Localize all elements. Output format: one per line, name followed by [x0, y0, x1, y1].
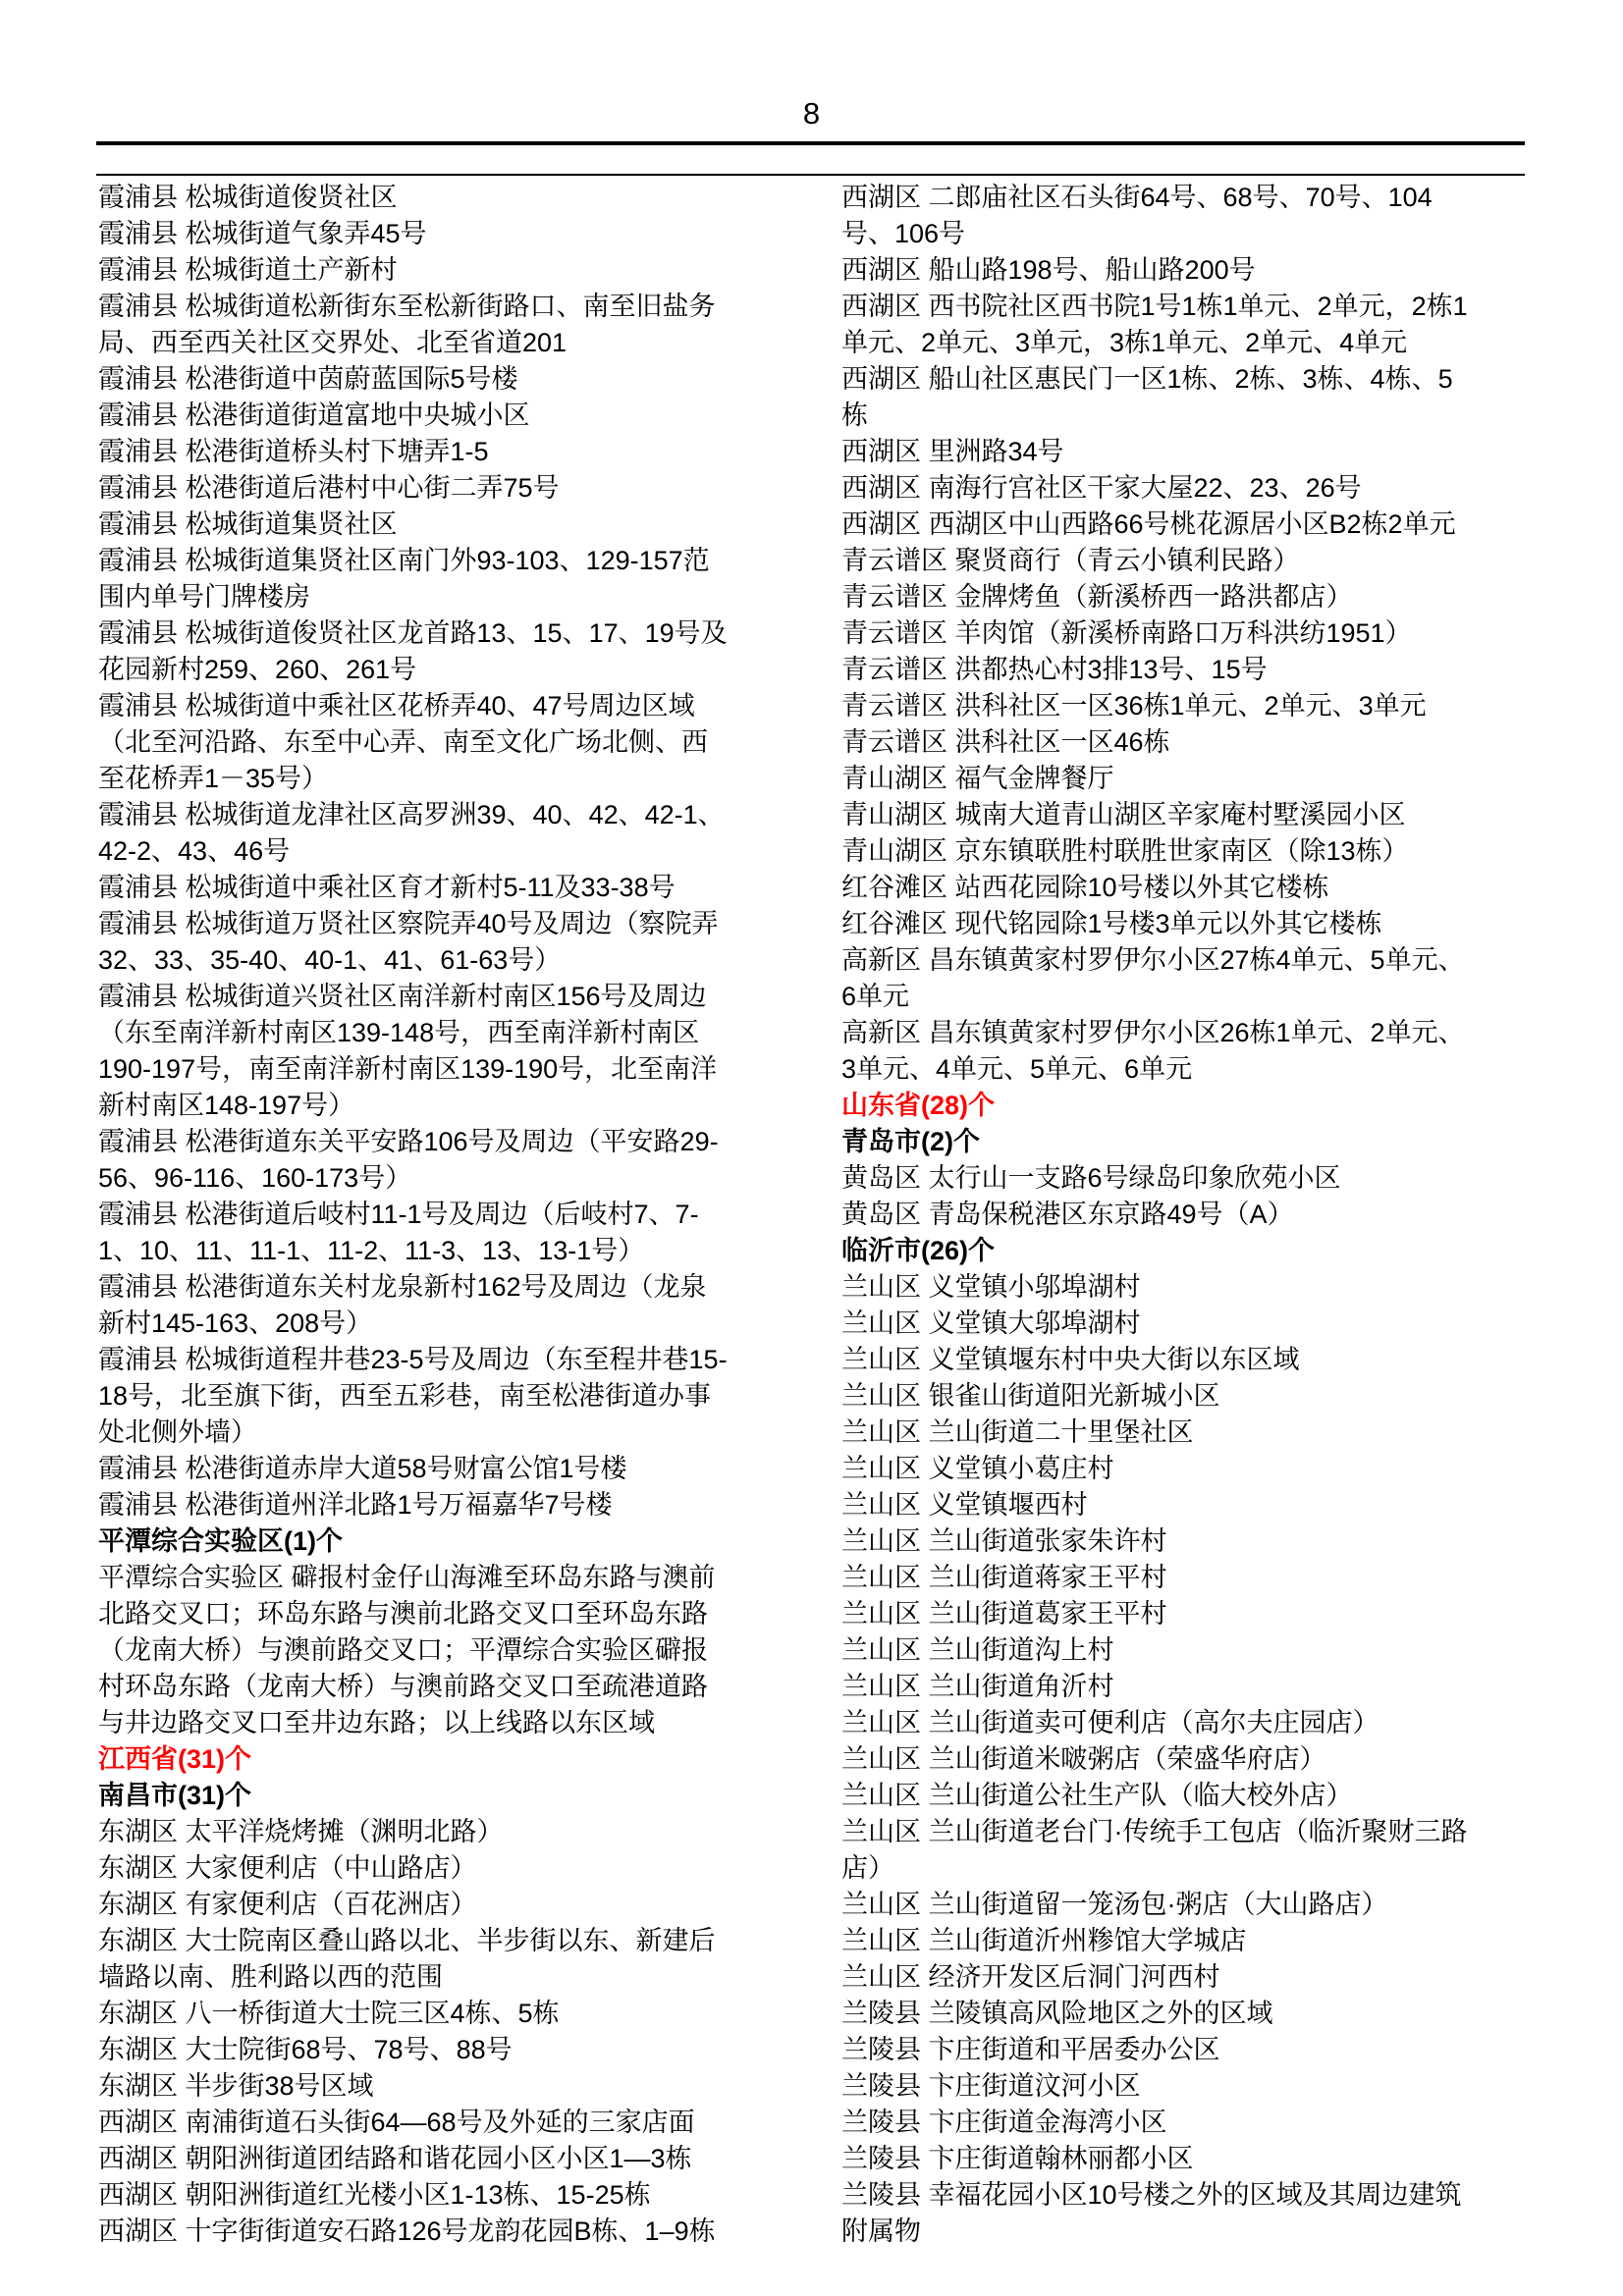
entry-line: 东湖区 大士院南区叠山路以北、半步街以东、新建后	[98, 1923, 835, 1959]
city-header: 南昌市(31)个	[98, 1778, 835, 1814]
entry-line: 兰山区 义堂镇堰东村中央大街以东区域	[841, 1342, 1543, 1378]
entry-line: 东湖区 太平洋烧烤摊（渊明北路）	[98, 1814, 835, 1850]
entry-line: 兰山区 兰山街道沂州糁馆大学城店	[841, 1923, 1543, 1959]
entry-line: 至花桥弄1－35号）	[98, 761, 835, 797]
city-header: 青岛市(2)个	[841, 1124, 1543, 1160]
entry-line: 东湖区 大家便利店（中山路店）	[98, 1850, 835, 1887]
entry-line: 红谷滩区 站西花园除10号楼以外其它楼栋	[841, 870, 1543, 906]
entry-line: 青山湖区 福气金牌餐厅	[841, 761, 1543, 797]
entry-line: 青云谱区 羊肉馆（新溪桥南路口万科洪纺1951）	[841, 615, 1543, 652]
entry-line: 霞浦县 松港街道后港村中心街二弄75号	[98, 470, 835, 507]
entry-line: 西湖区 十字街街道安石路126号龙韵花园B栋、1–9栋	[98, 2214, 835, 2250]
entry-line: 霞浦县 松城街道集贤社区	[98, 507, 835, 543]
entry-line: 霞浦县 松港街道街道富地中央城小区	[98, 398, 835, 434]
entry-line: 霞浦县 松城街道程井巷23-5号及周边（东至程井巷15-	[98, 1342, 835, 1378]
entry-line: 村环岛东路（龙南大桥）与澳前路交叉口至疏港道路	[98, 1669, 835, 1705]
entry-line: （龙南大桥）与澳前路交叉口；平潭综合实验区礔报	[98, 1632, 835, 1669]
entry-line: 兰陵县 幸福花园小区10号楼之外的区域及其周边建筑	[841, 2177, 1543, 2214]
entry-line: 霞浦县 松城街道土产新村	[98, 252, 835, 289]
entry-line: 新村145-163、208号）	[98, 1306, 835, 1342]
entry-line: 附属物	[841, 2214, 1543, 2250]
entry-line: 霞浦县 松城街道俊贤社区龙首路13、15、17、19号及	[98, 615, 835, 652]
entry-line: 青云谱区 洪科社区一区46栋	[841, 724, 1543, 761]
entry-line: 青云谱区 聚贤商行（青云小镇利民路）	[841, 543, 1543, 579]
page-number: 8	[0, 95, 1623, 133]
entry-line: 霞浦县 松城街道龙津社区高罗洲39、40、42、42-1、	[98, 797, 835, 833]
entry-line: 兰山区 兰山街道沟上村	[841, 1632, 1543, 1669]
entry-line: 霞浦县 松港街道桥头村下塘弄1-5	[98, 434, 835, 470]
entry-line: 西湖区 朝阳洲街道团结路和谐花园小区小区1—3栋	[98, 2141, 835, 2177]
entry-line: 42-2、43、46号	[98, 833, 835, 870]
header-rule-thin	[96, 174, 1525, 176]
entry-line: 新村南区148-197号）	[98, 1088, 835, 1124]
entry-line: 青云谱区 洪科社区一区36栋1单元、2单元、3单元	[841, 688, 1543, 724]
entry-line: 栋	[841, 398, 1543, 434]
entry-line: 3单元、4单元、5单元、6单元	[841, 1051, 1543, 1088]
entry-line: 与井边路交叉口至井边东路；以上线路以东区域	[98, 1705, 835, 1741]
entry-line: 霞浦县 松城街道气象弄45号	[98, 216, 835, 252]
entry-line: 兰陵县 卞庄街道金海湾小区	[841, 2105, 1543, 2141]
entry-line: 西湖区 船山路198号、船山路200号	[841, 252, 1543, 289]
entry-line: 1、10、11、11-1、11-2、11-3、13、13-1号）	[98, 1233, 835, 1269]
entry-line: 霞浦县 松城街道中乘社区花桥弄40、47号周边区域	[98, 688, 835, 724]
entry-line: 青山湖区 城南大道青山湖区辛家庵村墅溪园小区	[841, 797, 1543, 833]
entry-line: 红谷滩区 现代铭园除1号楼3单元以外其它楼栋	[841, 906, 1543, 942]
entry-line: 西湖区 南海行宫社区干家大屋22、23、26号	[841, 470, 1543, 507]
entry-line: 局、西至西关社区交界处、北至省道201	[98, 325, 835, 361]
province-header: 山东省(28)个	[841, 1088, 1543, 1124]
entry-line: 围内单号门牌楼房	[98, 579, 835, 615]
entry-line: 兰山区 银雀山街道阳光新城小区	[841, 1378, 1543, 1415]
entry-line: 霞浦县 松城街道俊贤社区	[98, 180, 835, 216]
entry-line: 兰山区 经济开发区后洞门河西村	[841, 1959, 1543, 1996]
entry-line: 西湖区 二郎庙社区石头街64号、68号、70号、104	[841, 180, 1543, 216]
entry-line: 高新区 昌东镇黄家村罗伊尔小区27栋4单元、5单元、	[841, 942, 1543, 979]
entry-line: 兰陵县 卞庄街道翰林丽都小区	[841, 2141, 1543, 2177]
entry-line: 兰陵县 卞庄街道汶河小区	[841, 2068, 1543, 2105]
entry-line: 兰陵县 卞庄街道和平居委办公区	[841, 2032, 1543, 2068]
entry-line: 西湖区 船山社区惠民门一区1栋、2栋、3栋、4栋、5	[841, 361, 1543, 398]
entry-line: 霞浦县 松城街道松新街东至松新街路口、南至旧盐务	[98, 289, 835, 325]
entry-line: 黄岛区 太行山一支路6号绿岛印象欣苑小区	[841, 1160, 1543, 1197]
entry-line: （东至南洋新村南区139-148号，西至南洋新村南区	[98, 1015, 835, 1051]
entry-line: 西湖区 里洲路34号	[841, 434, 1543, 470]
entry-line: 兰山区 义堂镇小葛庄村	[841, 1451, 1543, 1487]
entry-line: 56、96-116、160-173号）	[98, 1160, 835, 1197]
entry-line: 32、33、35-40、40-1、41、61-63号）	[98, 942, 835, 979]
entry-line: 兰山区 义堂镇堰西村	[841, 1487, 1543, 1523]
entry-line: 兰山区 兰山街道公社生产队（临大校外店）	[841, 1778, 1543, 1814]
entry-line: （北至河沿路、东至中心弄、南至文化广场北侧、西	[98, 724, 835, 761]
entry-line: 单元、2单元、3单元，3栋1单元、2单元、4单元	[841, 325, 1543, 361]
entry-line: 青山湖区 京东镇联胜村联胜世家南区（除13栋）	[841, 833, 1543, 870]
entry-line: 6单元	[841, 979, 1543, 1015]
right-column: 西湖区 二郎庙社区石头街64号、68号、70号、104号、106号西湖区 船山路…	[841, 180, 1543, 2250]
entry-line: 18号，北至旗下街，西至五彩巷，南至松港街道办事	[98, 1378, 835, 1415]
entry-line: 霞浦县 松港街道东关村龙泉新村162号及周边（龙泉	[98, 1269, 835, 1306]
entry-line: 号、106号	[841, 216, 1543, 252]
entry-line: 北路交叉口；环岛东路与澳前北路交叉口至环岛东路	[98, 1596, 835, 1632]
entry-line: 兰山区 兰山街道二十里堡社区	[841, 1415, 1543, 1451]
entry-line: 平潭综合实验区 礔报村金仔山海滩至环岛东路与澳前	[98, 1560, 835, 1596]
entry-line: 东湖区 有家便利店（百花洲店）	[98, 1887, 835, 1923]
entry-line: 青云谱区 金牌烤鱼（新溪桥西一路洪都店）	[841, 579, 1543, 615]
entry-line: 西湖区 南浦街道石头街64—68号及外延的三家店面	[98, 2105, 835, 2141]
entry-line: 兰山区 兰山街道张家朱许村	[841, 1523, 1543, 1560]
entry-line: 花园新村259、260、261号	[98, 652, 835, 688]
entry-line: 墙路以南、胜利路以西的范围	[98, 1959, 835, 1996]
entry-line: 兰山区 兰山街道老台门·传统手工包店（临沂聚财三路	[841, 1814, 1543, 1850]
entry-line: 霞浦县 松港街道东关平安路106号及周边（平安路29-	[98, 1124, 835, 1160]
entry-line: 兰山区 兰山街道留一笼汤包·粥店（大山路店）	[841, 1887, 1543, 1923]
entry-line: 店）	[841, 1850, 1543, 1887]
entry-line: 兰山区 义堂镇小邬埠湖村	[841, 1269, 1543, 1306]
entry-line: 霞浦县 松港街道后岐村11-1号及周边（后岐村7、7-	[98, 1197, 835, 1233]
entry-line: 西湖区 朝阳洲街道红光楼小区1-13栋、15-25栋	[98, 2177, 835, 2214]
city-header: 平潭综合实验区(1)个	[98, 1523, 835, 1560]
left-column: 霞浦县 松城街道俊贤社区霞浦县 松城街道气象弄45号霞浦县 松城街道土产新村霞浦…	[98, 180, 835, 2250]
entry-line: 霞浦县 松港街道中茵蔚蓝国际5号楼	[98, 361, 835, 398]
entry-line: 西湖区 西书院社区西书院1号1栋1单元、2单元，2栋1	[841, 289, 1543, 325]
entry-line: 高新区 昌东镇黄家村罗伊尔小区26栋1单元、2单元、	[841, 1015, 1543, 1051]
entry-line: 霞浦县 松城街道万贤社区察院弄40号及周边（察院弄	[98, 906, 835, 942]
entry-line: 东湖区 大士院街68号、78号、88号	[98, 2032, 835, 2068]
document-page: 8 霞浦县 松城街道俊贤社区霞浦县 松城街道气象弄45号霞浦县 松城街道土产新村…	[0, 0, 1623, 2296]
entry-line: 青云谱区 洪都热心村3排13号、15号	[841, 652, 1543, 688]
entry-line: 霞浦县 松城街道兴贤社区南洋新村南区156号及周边	[98, 979, 835, 1015]
entry-line: 东湖区 半步街38号区域	[98, 2068, 835, 2105]
entry-line: 霞浦县 松港街道赤岸大道58号财富公馆1号楼	[98, 1451, 835, 1487]
city-header: 临沂市(26)个	[841, 1233, 1543, 1269]
header-rule-thick	[96, 141, 1525, 145]
entry-line: 霞浦县 松城街道中乘社区育才新村5-11及33-38号	[98, 870, 835, 906]
entry-line: 190-197号，南至南洋新村南区139-190号，北至南洋	[98, 1051, 835, 1088]
entry-line: 霞浦县 松港街道州洋北路1号万福嘉华7号楼	[98, 1487, 835, 1523]
entry-line: 处北侧外墙）	[98, 1415, 835, 1451]
province-header: 江西省(31)个	[98, 1741, 835, 1778]
entry-line: 黄岛区 青岛保税港区东京路49号（A）	[841, 1197, 1543, 1233]
entry-line: 东湖区 八一桥街道大士院三区4栋、5栋	[98, 1996, 835, 2032]
entry-line: 兰陵县 兰陵镇高风险地区之外的区域	[841, 1996, 1543, 2032]
entry-line: 兰山区 兰山街道葛家王平村	[841, 1596, 1543, 1632]
entry-line: 西湖区 西湖区中山西路66号桃花源居小区B2栋2单元	[841, 507, 1543, 543]
entry-line: 兰山区 兰山街道角沂村	[841, 1669, 1543, 1705]
entry-line: 兰山区 义堂镇大邬埠湖村	[841, 1306, 1543, 1342]
entry-line: 兰山区 兰山街道卖可便利店（高尔夫庄园店）	[841, 1705, 1543, 1741]
entry-line: 兰山区 兰山街道米啵粥店（荣盛华府店）	[841, 1741, 1543, 1778]
entry-line: 霞浦县 松城街道集贤社区南门外93-103、129-157范	[98, 543, 835, 579]
entry-line: 兰山区 兰山街道蒋家王平村	[841, 1560, 1543, 1596]
